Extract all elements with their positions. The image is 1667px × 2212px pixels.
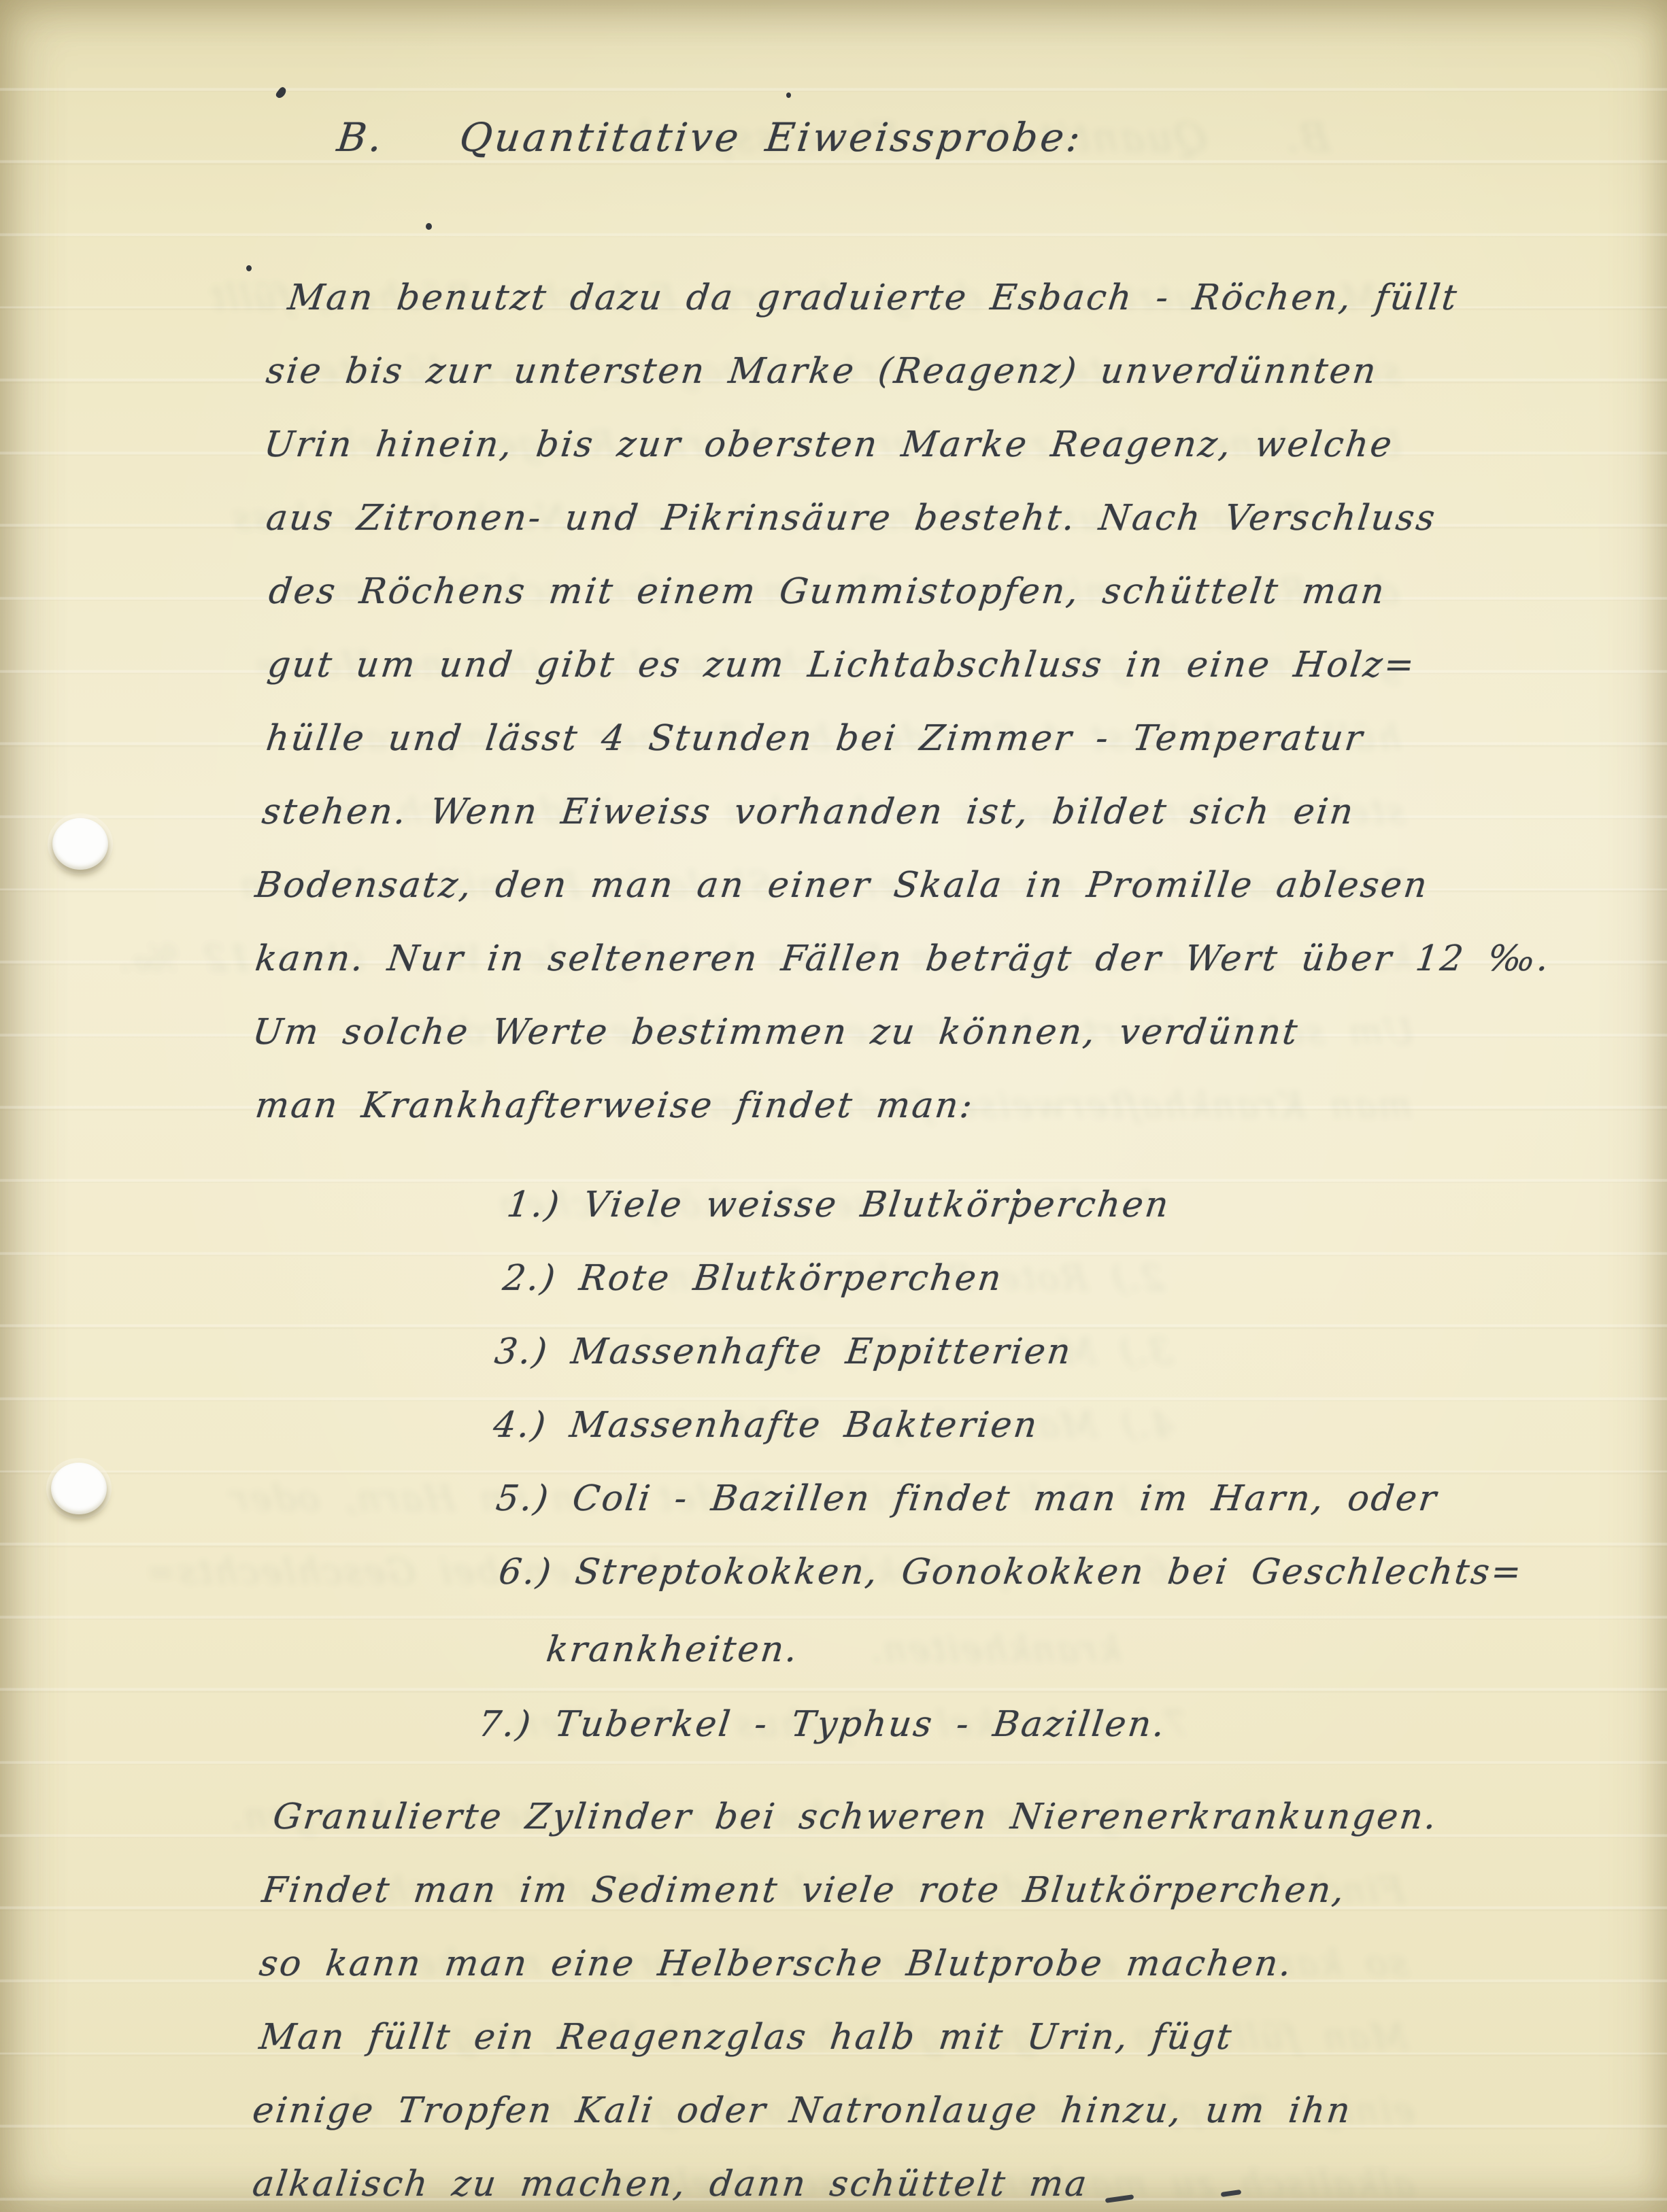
list-item: 7.) Tuberkel - Typhus - Bazillen. bbox=[476, 1704, 1168, 1745]
handwritten-line: Granulierte Zylinder bei schweren Nieren… bbox=[271, 1797, 1441, 1837]
handwriting-layer: B. Quantitative Eiweissprobe: Man benutz… bbox=[0, 0, 1667, 2212]
handwritten-line: Man benutzt dazu da graduierte Esbach - … bbox=[286, 277, 1461, 318]
ink-speck bbox=[426, 223, 432, 230]
handwritten-line: sie bis zur untersten Marke (Reagenz) un… bbox=[264, 351, 1380, 392]
handwritten-line: Findet man im Sediment viele rote Blutkö… bbox=[260, 1870, 1348, 1911]
handwritten-line: man Krankhafterweise findet man: bbox=[253, 1085, 977, 1126]
list-item: 5.) Coli - Bazillen findet man im Harn, … bbox=[494, 1478, 1441, 1519]
handwritten-line: stehen. Wenn Eiweiss vorhanden ist, bild… bbox=[260, 792, 1358, 832]
handwritten-line: kann. Nur in selteneren Fällen beträgt d… bbox=[253, 938, 1553, 979]
list-item: 6.) Streptokokken, Gonokokken bei Geschl… bbox=[496, 1552, 1526, 1593]
ink-speck bbox=[246, 265, 252, 271]
punch-hole-top bbox=[52, 818, 108, 870]
handwritten-line: Urin hinein, bis zur obersten Marke Reag… bbox=[262, 424, 1396, 465]
handwritten-line: gut um und gibt es zum Lichtabschluss in… bbox=[265, 645, 1418, 685]
list-item: 3.) Massenhafte Eppitterien bbox=[492, 1331, 1075, 1372]
handwritten-line: hülle und lässt 4 Stunden bei Zimmer - T… bbox=[264, 718, 1366, 759]
ink-speck bbox=[786, 92, 791, 98]
handwritten-line: einige Tropfen Kali oder Natronlauge hin… bbox=[250, 2090, 1354, 2131]
ink-speck bbox=[1016, 1189, 1021, 1195]
handwritten-line: Bodensatz, den man an einer Skala in Pro… bbox=[253, 865, 1431, 906]
handwritten-line: aus Zitronen- und Pikrinsäure besteht. N… bbox=[264, 498, 1439, 539]
list-item: 1.) Viele weisse Blutkörperchen bbox=[505, 1185, 1173, 1225]
handwritten-line: so kann man eine Helbersche Blutprobe ma… bbox=[257, 1943, 1296, 1984]
handwritten-line: alkalisch zu machen, dann schüttelt ma bbox=[250, 2164, 1091, 2205]
section-label: B. bbox=[335, 114, 387, 160]
punch-hole-bottom bbox=[51, 1463, 107, 1514]
list-item: 2.) Rote Blutkörperchen bbox=[501, 1258, 1005, 1299]
handwritten-line: Man füllt ein Reagenzglas halb mit Urin,… bbox=[257, 2017, 1236, 2058]
list-item: 4.) Massenhafte Bakterien bbox=[491, 1405, 1041, 1446]
section-title: Quantitative Eiweissprobe: bbox=[457, 114, 1085, 160]
handwritten-line: des Röchens mit einem Gummistopfen, schü… bbox=[267, 571, 1388, 612]
manuscript-page: B. Quantitative Eiweissprobe: Man benutz… bbox=[0, 0, 1667, 2212]
list-item-continuation: krankheiten. bbox=[544, 1629, 801, 1670]
handwritten-line: Um solche Werte bestimmen zu können, ver… bbox=[250, 1012, 1301, 1053]
